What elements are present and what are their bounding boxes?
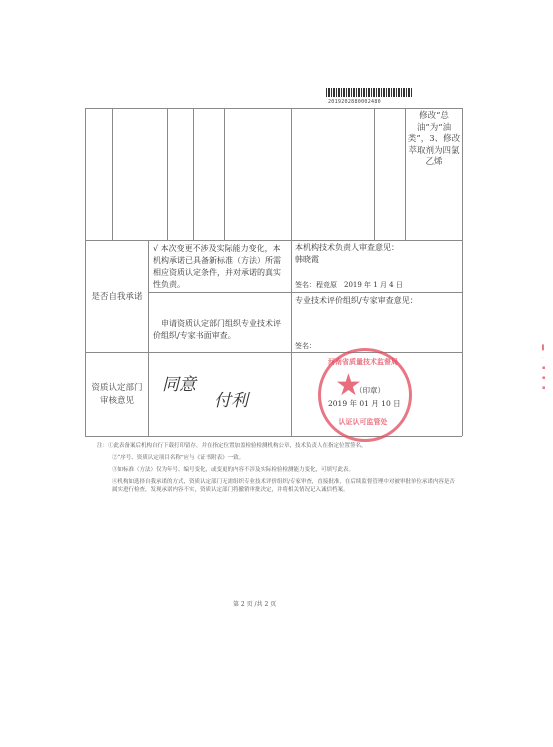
check-mark-icon: √ <box>153 244 158 253</box>
tech-lead-review-content: 韩晓霞 <box>295 254 460 266</box>
notes-section: 注：①此表备案后机构自行下载打印留存，并在指定位置加盖检验检测机构公章，技术负责… <box>97 443 457 499</box>
modification-note: 修改“总油”为“油类”，3、修改萃取剂为四氯乙烯 <box>407 111 461 169</box>
seal-text-top: 河南省质量技术监督局 <box>328 357 398 367</box>
stamp-date: 2019 年 01 月 10 日 <box>328 398 401 410</box>
note-item: ③如标准（方法）仅为年号、编号变化，或变更的内容不涉及实际检验检测能力变化，可填… <box>97 467 457 475</box>
note-item: ②“序号、资质认定项目名称”应与《证书附表》一致。 <box>97 455 457 463</box>
handwriting-approve: 同意 <box>162 370 196 395</box>
seal-edge-marks: ▌·▪▪▪ <box>542 343 546 393</box>
handwriting-signature: 付利 <box>214 386 248 411</box>
seal-text-bottom: 认证认可监管处 <box>331 417 395 427</box>
tech-lead-review-title: 本机构技术负责人审查意见： <box>295 242 460 254</box>
expert-review-title: 专业技术评价组织/专家审查意见： <box>295 295 460 307</box>
commitment-text: 本次变更不涉及实际能力变化，本机构承诺已具备新标准（方法）所需相应资质认定条件，… <box>153 244 281 289</box>
commitment-option-checked[interactable]: √ 本次变更不涉及实际能力变化，本机构承诺已具备新标准（方法）所需相应资质认定条… <box>153 243 287 291</box>
self-commitment-label: 是否自我承诺 <box>88 290 146 302</box>
barcode <box>326 88 412 97</box>
page-indicator: 第 2 页 /共 2 页 <box>233 599 276 608</box>
note-item: 注：①此表备案后机构自行下载打印留存，并在指定位置加盖检验检测机构公章，技术负责… <box>97 443 457 451</box>
stamp-label: （印章） <box>355 385 385 397</box>
note-item: ④机构如选择自我承诺的方式，资质认定部门无需组织专业技术评价组织/专家审查，直接… <box>97 479 457 494</box>
barcode-number: 2019202880002480 <box>328 99 381 105</box>
commitment-option-unchecked[interactable]: 申请资质认定部门组织专业技术评价组织/专家书面审查。 <box>153 318 287 342</box>
authority-review-label: 资质认定部门审核意见 <box>88 382 146 408</box>
tech-lead-sign-line: 签名：程竞原 2019 年 1 月 4 日 <box>295 279 460 291</box>
